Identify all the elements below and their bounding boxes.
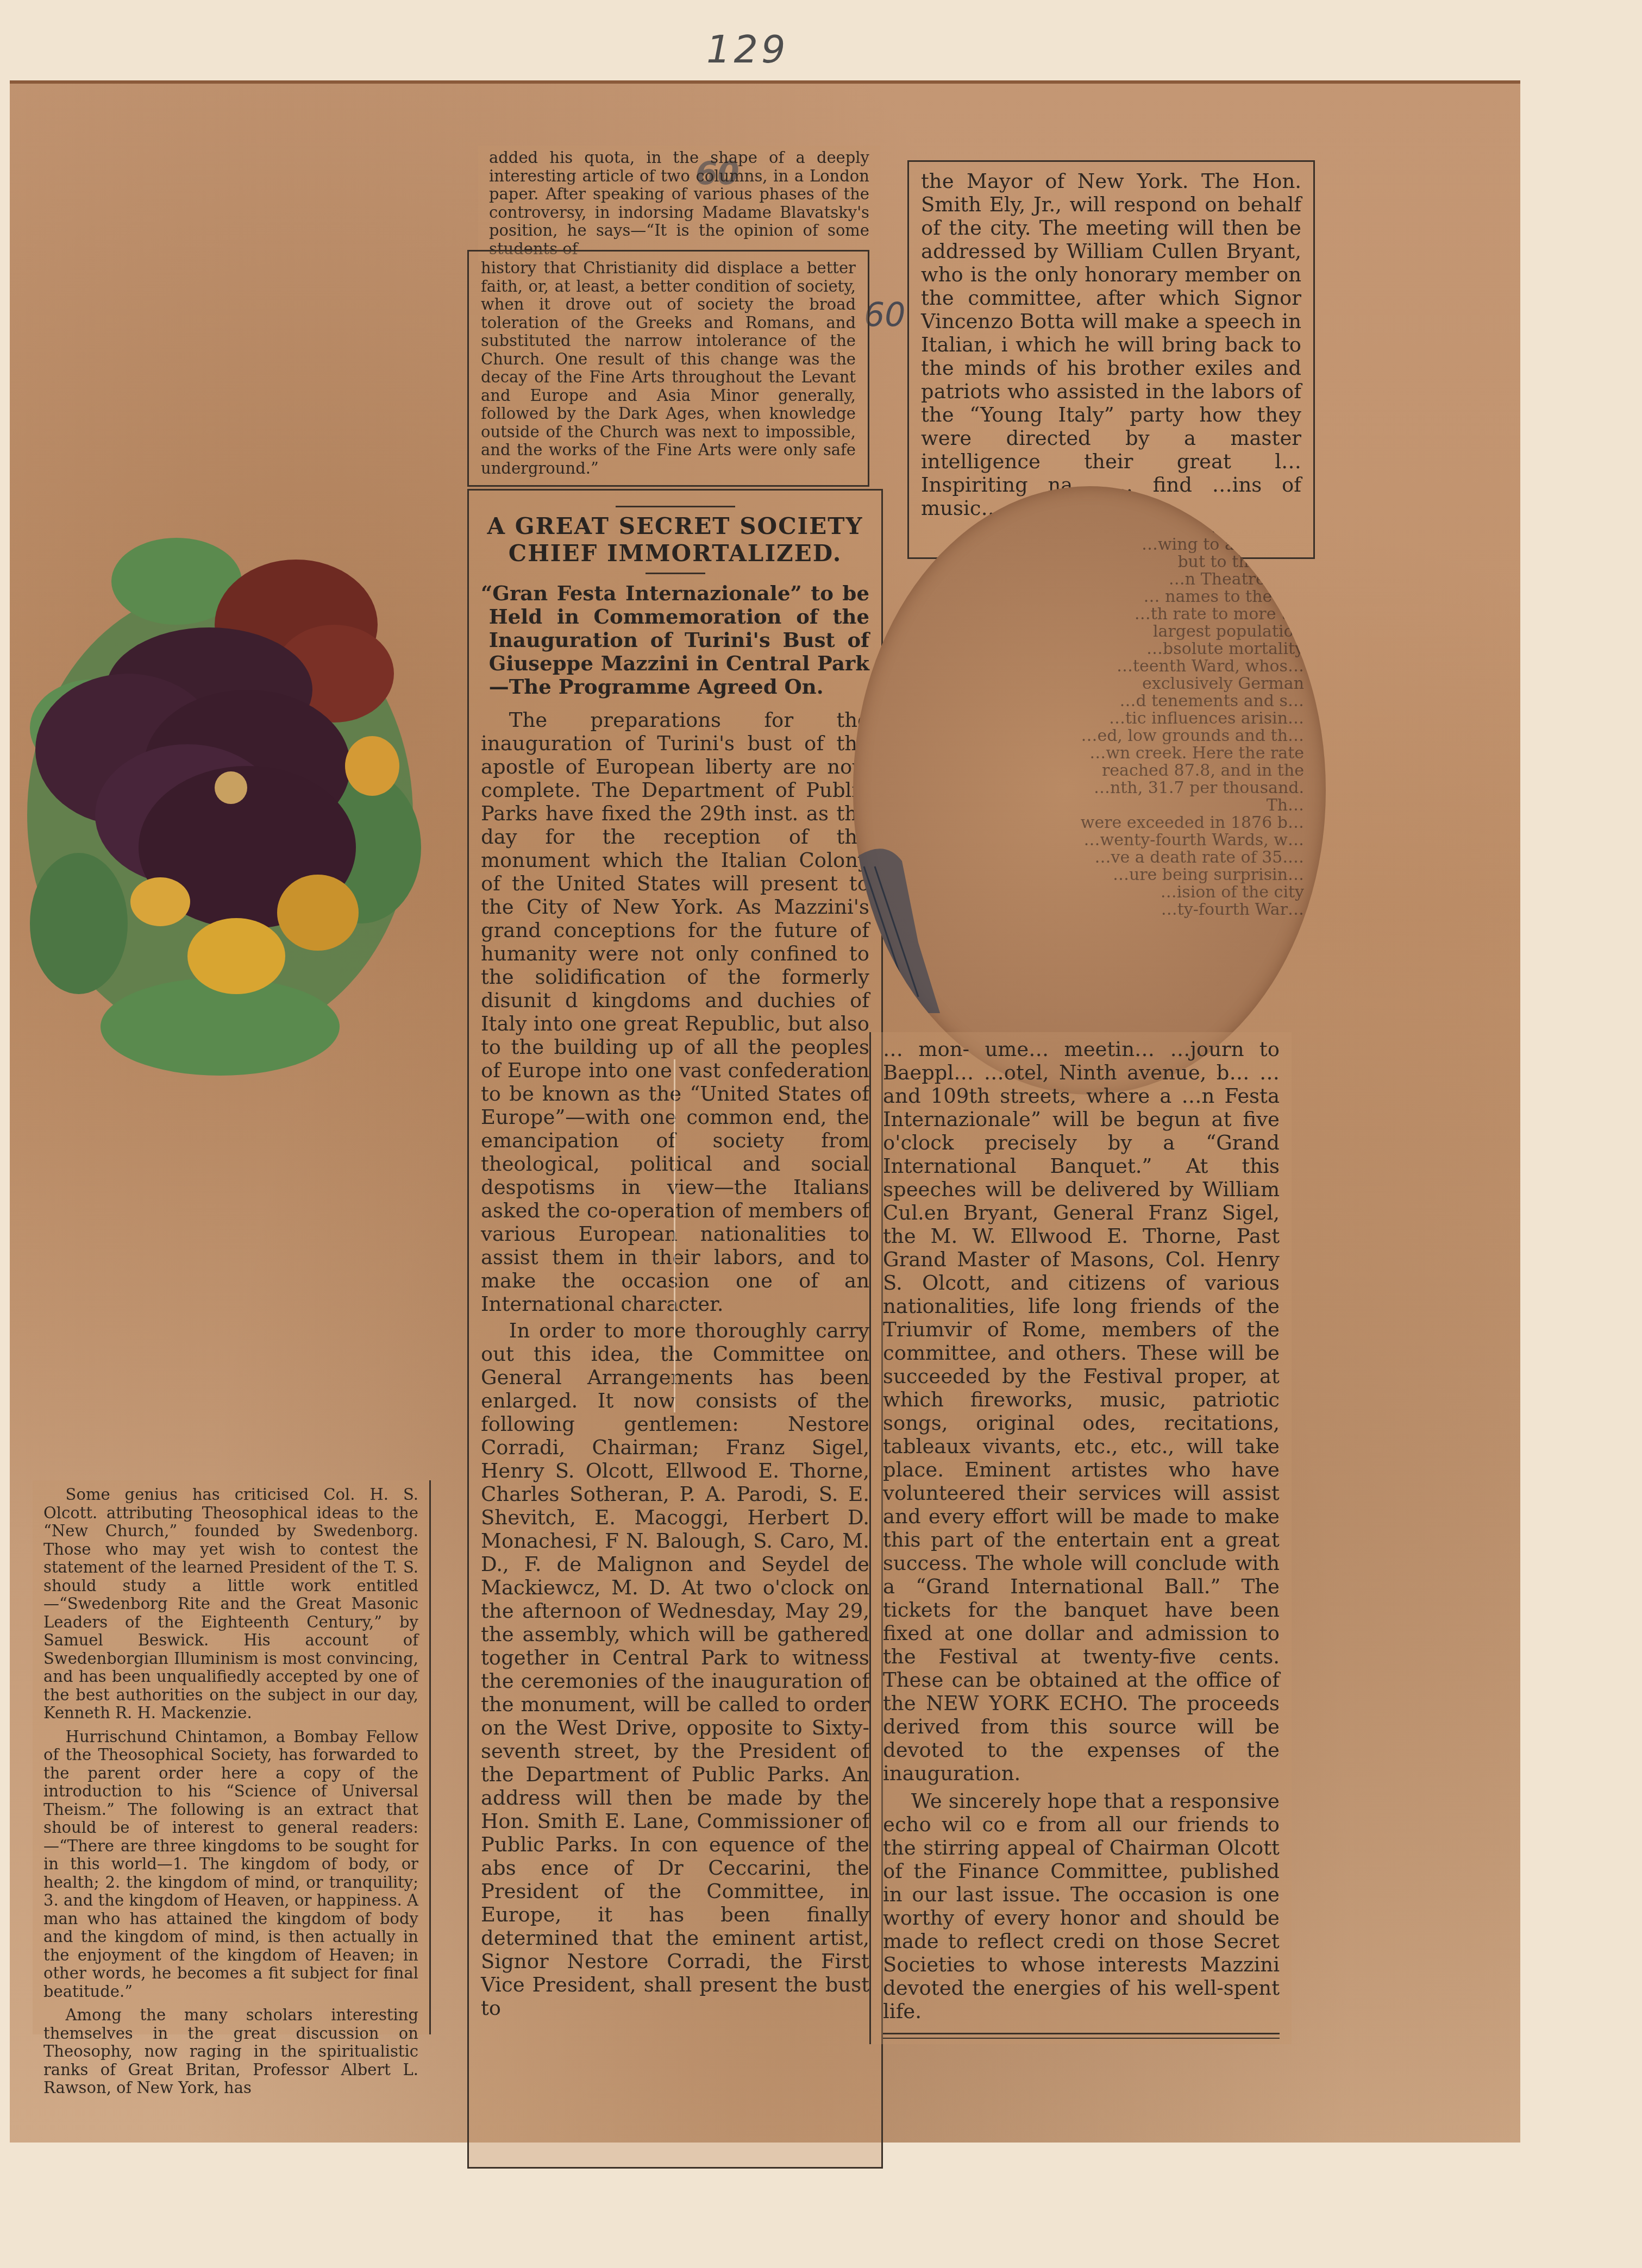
clipping-paragraph: We sincerely hope that a responsive echo… xyxy=(883,1789,1280,2023)
clipping-blavatsky-quote: history that Christianity did displace a… xyxy=(467,250,869,487)
oval-fragment-text: …lowing … …wing to any …als. but to the … xyxy=(1070,519,1304,919)
clipping-paragraph: Some genius has criticised Col. H. S. Ol… xyxy=(43,1486,418,1723)
clipping-number-side: 60 xyxy=(864,296,905,334)
closing-rule xyxy=(883,2033,1280,2039)
clipping-blavatsky-intro: added his quota, in the shape of a deepl… xyxy=(478,146,880,261)
clipping-paragraph: … mon- ume… meetin… …journ to Baeppl… …o… xyxy=(883,1038,1280,1785)
paper-crack xyxy=(674,1059,675,1412)
clipping-paragraph: Hurrischund Chintamon, a Bombay Fellow o… xyxy=(43,1728,418,2001)
article-headline-line1: A GREAT SECRET SOCIETY xyxy=(481,513,869,540)
clipping-right-bottom: … mon- ume… meetin… …journ to Baeppl… …o… xyxy=(869,1032,1292,2044)
clipping-paragraph: added his quota, in the shape of a deepl… xyxy=(489,149,869,258)
oval-portrait-clipping: …lowing … …wing to any …als. but to the … xyxy=(853,486,1326,1095)
engraved-portrait-fragment-icon xyxy=(853,834,973,1029)
clipping-paragraph: Among the many scholars interesting them… xyxy=(43,2006,418,2097)
clipping-paragraph: history that Christianity did displace a… xyxy=(481,259,856,478)
clipping-paragraph: the Mayor of New York. The Hon. Smith El… xyxy=(921,169,1301,520)
subheadline-rule xyxy=(645,573,705,574)
article-subheadline: “Gran Festa Internazionale” to be Held i… xyxy=(481,582,869,699)
clipping-theosophy-notes: Some genius has criticised Col. H. S. Ol… xyxy=(33,1480,431,2034)
pansy-bouquet-illustration xyxy=(14,511,427,1081)
article-paragraph: In order to more thoroughly carry out th… xyxy=(481,1319,869,2020)
article-headline-line2: CHIEF IMMORTALIZED. xyxy=(481,540,869,567)
headline-rule xyxy=(616,506,735,507)
folio-number: 129 xyxy=(706,27,789,72)
